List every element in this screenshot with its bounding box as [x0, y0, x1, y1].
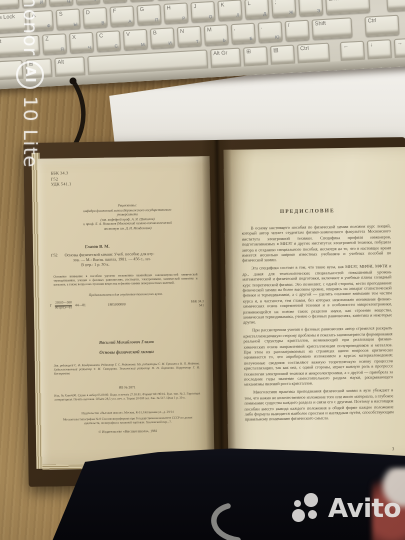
catalog-right-codes: ББК 34.3 541	[191, 299, 204, 308]
keyboard-key: ,Б	[231, 23, 256, 44]
keyboard-key: Enter	[325, 0, 370, 15]
key-label: Ctrl	[368, 18, 377, 24]
keyboard-key: .Ю	[258, 21, 283, 42]
key-cyrillic-label: Ю	[275, 34, 280, 39]
key-label: F	[113, 9, 117, 15]
keyboard-key: ↑	[386, 0, 405, 11]
key-label: ;	[274, 0, 276, 6]
keyboard-key: HР	[163, 3, 188, 24]
key-cyrillic-label: Ь	[222, 37, 225, 42]
key-label: Shift	[315, 21, 326, 28]
key-cyrillic-label: Б	[249, 36, 252, 41]
keyboard-key: ⊞	[243, 46, 268, 67]
preface-heading: ПРЕДИСЛОВИЕ	[224, 207, 390, 216]
key-cyrillic-label: А	[128, 19, 131, 24]
key-label: M	[207, 27, 212, 33]
key-label: D	[86, 10, 90, 16]
key-cyrillic-label: Ф	[47, 23, 51, 28]
catalog-denominator: 001(01)—81	[55, 305, 72, 310]
classification-codes: ББК 34.3 Г52 УДК 541.1	[51, 170, 72, 187]
key-cyrillic-label: Д	[263, 11, 266, 16]
editorial-credits: Зав. редакцией С. Ф. Кондрашкова. Редакт…	[54, 361, 200, 375]
keyboard-key: DВ	[83, 7, 108, 28]
keyboard-key: Shift	[312, 17, 353, 39]
keyboard-key: WЦ	[48, 0, 73, 6]
keyboard-key: Ctrl	[364, 15, 399, 37]
key-label: →	[397, 41, 403, 47]
key-label: ▤	[273, 48, 279, 54]
reviewers-lines: кафедра физической химии Воронежского го…	[56, 207, 198, 232]
print-specs: Изд. № Хим-690. Сдано в набор 05.09.80. …	[54, 391, 200, 401]
keyboard-key: ▤	[270, 45, 295, 66]
author-full-name: Василий Михайлович Глазов	[40, 338, 212, 346]
udk-code: УДК 541.1	[51, 181, 72, 187]
key-label: G	[140, 7, 145, 13]
ai-badge-icon: AI	[16, 61, 44, 89]
open-book: ББК 34.3 Г52 УДК 541.1 Рецензенты: кафед…	[23, 137, 405, 487]
citation-block: Г52Основы физической химии: Учеб. пособи…	[51, 250, 201, 268]
key-label: .	[261, 24, 263, 30]
key-cyrillic-label: П	[155, 17, 159, 22]
keyboard-key: 'Э	[298, 0, 323, 16]
avito-watermark: Avito	[291, 492, 401, 526]
key-label: /	[288, 23, 290, 29]
listing-photo: TabQЙWЦEУRКTЕYНUГIШOЩPЗ[Х]Ъ\ Caps LockAФ…	[0, 0, 405, 540]
reviewers-line: институт им. Д. И. Менделеева)	[57, 225, 199, 232]
ib-number: ИБ № 2871	[41, 384, 213, 391]
catalog-line: Г 20503—388 001(01)—81 44—81 1805000000 …	[50, 299, 204, 310]
catalog-fraction: 20503—388 001(01)—81	[55, 301, 72, 310]
keyboard-key: GП	[137, 4, 162, 25]
honor-camera-watermark: honorAI10 Lite	[16, 0, 44, 168]
catalog-prefix: Г	[50, 304, 52, 308]
keyboard-key: SЫ	[56, 9, 81, 30]
key-cyrillic-label: Р	[182, 16, 185, 21]
book-left-page: ББК 34.3 Г52 УДК 541.1 Рецензенты: кафед…	[38, 156, 215, 465]
key-label: Shift	[0, 39, 2, 46]
reviewers-block: Рецензенты: кафедра физической химии Вор…	[56, 202, 198, 231]
key-label: H	[167, 5, 171, 11]
citation-code: Г52	[51, 252, 58, 257]
keyboard-key: RК	[102, 0, 127, 3]
preface-paragraph: Эта специфика состоит в том, что такие в…	[242, 264, 392, 326]
key-label: Enter	[328, 0, 341, 3]
keyboard-key: CС	[96, 30, 121, 51]
keyboard-key: FА	[110, 6, 135, 27]
printing-house: Московская типография № 8 Союзполиграфпр…	[60, 415, 196, 425]
key-label: X	[72, 35, 76, 41]
annotation: Основное внимание в пособии уделено изло…	[53, 272, 197, 287]
key-cyrillic-label: Ы	[73, 22, 77, 27]
key-label: B	[153, 30, 157, 36]
keyboard-key: KЛ	[217, 0, 242, 21]
key-label: Alt Gr	[213, 50, 227, 57]
keyboard-key: ;Ж	[271, 0, 296, 18]
key-cyrillic-label: О	[209, 14, 213, 19]
catalog-numerator: 20503—388	[55, 300, 72, 304]
keyboard-key: TЕ	[129, 0, 154, 2]
key-label: Caps Lock	[0, 14, 15, 21]
page-number: 3	[392, 446, 394, 451]
key-cyrillic-label: М	[141, 42, 145, 47]
key-cyrillic-label: Ц	[67, 0, 71, 3]
key-label: N	[180, 29, 184, 35]
key-label: Z	[45, 36, 49, 42]
catalog-suffix: 44—81	[75, 303, 86, 307]
key-cyrillic-label: У	[94, 0, 97, 2]
purpose-line: Предназначается для студентов технически…	[40, 291, 212, 298]
cable	[198, 486, 250, 540]
key-label: V	[126, 32, 130, 38]
key-cyrillic-label: Л	[236, 13, 239, 18]
keyboard-key: →	[394, 38, 405, 59]
preface-body: В основу настоящего пособия по физическо…	[242, 223, 394, 425]
key-cyrillic-label: И	[168, 40, 172, 45]
avito-label: Avito	[328, 494, 401, 524]
key-cyrillic-label: Я	[60, 46, 64, 51]
copyright-line: © Издательство «Высшая школа», 1981	[42, 428, 214, 435]
key-label: ↓	[370, 42, 373, 48]
keyboard-key: XЧ	[69, 32, 94, 53]
catalog-udk: 541	[191, 304, 204, 308]
key-label: S	[59, 12, 63, 18]
key-label: ←	[343, 44, 349, 50]
keyboard-key: MЬ	[204, 24, 229, 45]
key-label: '	[301, 0, 302, 4]
bbk-code: ББК 34.3	[51, 170, 72, 176]
avito-logo-icon	[291, 492, 323, 526]
key-cyrillic-label: Э	[317, 8, 321, 13]
keyboard-key: EУ	[75, 0, 100, 5]
keyboard-key: /	[285, 20, 310, 41]
key-cyrillic-label: Ч	[88, 45, 91, 50]
keyboard-key: LД	[244, 0, 269, 19]
keyboard-key: JО	[190, 1, 215, 22]
keyboard-key: ZЯ	[42, 33, 67, 54]
keyboard-key: NТ	[177, 26, 202, 47]
preface-paragraph: Многолетняя практика преподавания физиче…	[244, 388, 393, 423]
key-label: ,	[234, 26, 236, 32]
book-title: Основы физической химии	[41, 348, 213, 356]
keyboard-key: BИ	[150, 27, 175, 48]
honor-model-text: 10 Lite	[19, 96, 41, 168]
key-cyrillic-label: Т	[196, 39, 199, 44]
honor-brand-text: honor	[19, 0, 41, 56]
key-cyrillic-label: С	[114, 43, 118, 48]
key-label: J	[194, 4, 197, 10]
key-label: K	[220, 2, 224, 8]
keyboard-key: ←	[340, 41, 365, 62]
key-label: Alt	[57, 59, 64, 65]
keyboard-key: ↓	[367, 39, 392, 60]
preface-paragraph: В основу настоящего пособия по физическо…	[242, 223, 392, 263]
catalog-number: 1805000000	[108, 303, 126, 307]
key-cyrillic-label: Ж	[289, 10, 293, 15]
key-label: Ctrl	[300, 46, 309, 52]
author-short: Глазов В. М.	[85, 244, 110, 249]
price-line: В пер.: 1 р. 30 к.	[81, 261, 201, 268]
book-right-page: ПРЕДИСЛОВИЕ В основу настоящего пособия …	[223, 147, 405, 462]
key-label: ⊞	[246, 49, 251, 55]
preface-paragraph: При рассмотрении учения о фазовых равнов…	[243, 326, 393, 388]
book-gutter-shadow	[201, 140, 236, 484]
key-cyrillic-label: В	[101, 20, 104, 25]
key-label: L	[247, 1, 250, 7]
key-label: C	[99, 33, 103, 39]
keyboard-key: VМ	[123, 29, 148, 50]
